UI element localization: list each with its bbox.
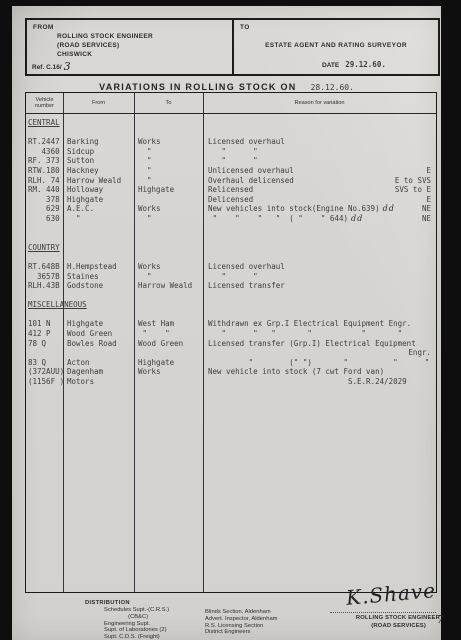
to-panel: TO ESTATE AGENT AND RATING SURVEYOR DATE… [234, 20, 438, 74]
date-label: DATE [322, 62, 339, 69]
table-row: RTW.180Hackney "Unlicensed overhaulE [26, 166, 436, 176]
from-cell: A.E.C. [63, 204, 134, 214]
table-row: 412 PWood Green " " " " " " " " [26, 329, 436, 339]
to-cell: " [134, 147, 203, 157]
from-cell: Staines [63, 272, 134, 282]
from-cell: Sidcup [63, 147, 134, 157]
from-cell: Harrow Weald [63, 176, 134, 186]
from-cell: Acton [63, 358, 134, 368]
ref-line: Ref. C.16/3 [32, 59, 71, 72]
reason-cell: RelicensedSVS to E [203, 185, 436, 195]
vehicle-number-cell [26, 348, 63, 358]
to-cell: Highgate [134, 185, 203, 195]
to-cell: Works [134, 137, 203, 147]
section-label: CENTRAL [28, 118, 60, 127]
from-cell: Barking [63, 137, 134, 147]
table-row: 4360Sidcup " " " [26, 147, 436, 157]
handwritten-check-mark: dd [383, 204, 395, 213]
section-label: MISCELLANEOUS [28, 300, 87, 309]
vehicle-number-cell: (372AUU) [26, 367, 63, 377]
reason-cell: Licensed overhaul [203, 262, 436, 272]
to-cell: " [134, 176, 203, 186]
to-value: ESTATE AGENT AND RATING SURVEYOR [234, 42, 438, 49]
table-row: RM. 440HollowayHighgateRelicensedSVS to … [26, 185, 436, 195]
signed-subtitle: (ROAD SERVICES) [371, 623, 426, 629]
variations-table: Vehicle number From To Reason for variat… [25, 92, 437, 593]
header-box: FROM ROLLING STOCK ENGINEER (ROAD SERVIC… [25, 18, 440, 76]
distribution-item: (CB&C) [104, 614, 169, 621]
to-cell: Highgate [134, 358, 203, 368]
distribution-item: Advert. Inspector, Aldenham [205, 616, 278, 623]
vehicle-number-cell: RF. 373 [26, 156, 63, 166]
from-line-3: CHISWICK [57, 50, 153, 59]
paper-sheet: FROM ROLLING STOCK ENGINEER (ROAD SERVIC… [12, 6, 441, 640]
date-value: 29.12.60. [345, 60, 386, 69]
distribution-item: Supt. C.D.S. (Freight) [104, 634, 169, 640]
reason-cell: Licensed overhaul [203, 137, 436, 147]
vehicle-number-cell: (1156F ) [26, 377, 63, 387]
vehicle-number-cell: 101 N [26, 319, 63, 329]
table-row: RLH.43BGodstoneHarrow WealdLicensed tran… [26, 281, 436, 291]
table-body: CENTRALRT.2447BarkingWorksLicensed overh… [26, 114, 436, 592]
vehicle-number-cell: 629 [26, 204, 63, 214]
signed-title: ROLLING STOCK ENGINEER [356, 615, 440, 621]
vehicle-number-cell: RLH. 74 [26, 176, 63, 186]
reason-cell: " " " " " " [203, 329, 436, 339]
from-cell [63, 348, 134, 358]
table-header: Vehicle number From To Reason for variat… [26, 93, 436, 114]
to-cell: Harrow Weald [134, 281, 203, 291]
section-label: COUNTRY [28, 243, 60, 252]
signature-block: K.Shave 7 ROLLING STOCK ENGINEER (ROAD S… [330, 584, 440, 640]
to-label: TO [240, 24, 250, 31]
from-line-1: ROLLING STOCK ENGINEER [57, 32, 153, 41]
signature-line [330, 612, 436, 613]
reason-cell: Withdrawn ex Grp.I Electrical Equipment … [203, 319, 436, 329]
vehicle-number-cell: 378 [26, 195, 63, 205]
section-row: CENTRAL [26, 118, 436, 128]
table-row: (372AUU)DagenhamWorksNew vehicle into st… [26, 367, 436, 377]
reason-cell: " " [203, 156, 436, 166]
to-cell: " [134, 272, 203, 282]
table-row: 83 QActonHighgate " (" ") " " " [26, 358, 436, 368]
table-row: 629A.E.C.WorksNew vehicles into stock(En… [26, 204, 436, 214]
distribution-item: Engineering Supt. [104, 621, 169, 628]
section-row: COUNTRY [26, 243, 436, 253]
distribution-item: District Engineers [205, 629, 278, 636]
vehicle-number-cell: 4360 [26, 147, 63, 157]
reason-cell: Licensed transfer (Grp.I) Electrical Equ… [203, 339, 436, 349]
section-row: MISCELLANEOUS [26, 300, 436, 310]
distribution-label: DISTRIBUTION [85, 600, 130, 606]
blank-row [26, 233, 436, 243]
to-cell: Wood Green [134, 339, 203, 349]
column-header-to: To [134, 100, 203, 106]
status-code: E to SVS [395, 176, 431, 186]
table-row: Engr. [26, 348, 436, 358]
reason-cell: " " [203, 147, 436, 157]
table-row: RF. 373Sutton " " " [26, 156, 436, 166]
reason-cell: New vehicle into stock (7 cwt Ford van) [203, 367, 436, 377]
to-cell: Works [134, 367, 203, 377]
from-address: ROLLING STOCK ENGINEER (ROAD SERVICES) C… [57, 32, 153, 59]
to-cell: " " [134, 329, 203, 339]
vehicle-number-cell: 83 Q [26, 358, 63, 368]
reason-cell: " (" ") " " " [203, 358, 436, 368]
from-cell: Hackney [63, 166, 134, 176]
distribution-item: R.S. Licensing Section [205, 623, 278, 630]
to-cell: " [134, 214, 203, 224]
scanned-document: FROM ROLLING STOCK ENGINEER (ROAD SERVIC… [0, 0, 461, 640]
status-code: NE [422, 214, 431, 224]
from-line-2: (ROAD SERVICES) [57, 41, 153, 50]
distribution-item: Blinds Section, Aldenham [205, 609, 278, 616]
status-code: E [426, 166, 431, 176]
table-row: 3657BStaines " " " [26, 272, 436, 282]
table-row: 101 NHighgateWest HamWithdrawn ex Grp.I … [26, 319, 436, 329]
table-row: RT.648BH.HempsteadWorksLicensed overhaul [26, 262, 436, 272]
blank-row [26, 291, 436, 301]
from-cell: " [63, 214, 134, 224]
column-header-vehicle: Vehicle number [26, 97, 63, 110]
to-cell: Works [134, 262, 203, 272]
status-code: SVS to E [395, 185, 431, 195]
to-cell [134, 195, 203, 205]
vehicle-number-cell: RLH.43B [26, 281, 63, 291]
vehicle-number-cell: RTW.180 [26, 166, 63, 176]
reason-cell: Engr. [203, 348, 436, 358]
distribution-middle-list: Blinds Section, AldenhamAdvert. Inspecto… [205, 609, 278, 636]
from-panel: FROM ROLLING STOCK ENGINEER (ROAD SERVIC… [27, 20, 234, 74]
vehicle-number-cell: 630 [26, 214, 63, 224]
column-header-reason: Reason for variation [203, 100, 436, 106]
distribution-item: Supt. of Laboratories (2) [104, 627, 169, 634]
distribution-left-list: Schedules Supt.-(C.R.S.) (CB&C)Engineeri… [104, 607, 169, 640]
status-code: NE [422, 204, 431, 214]
reason-cell: New vehicles into stock(Engine No.639)dd… [203, 204, 436, 214]
blank-row [26, 252, 436, 262]
reason-cell: DelicensedE [203, 195, 436, 205]
from-cell: H.Hempstead [63, 262, 134, 272]
from-label: FROM [33, 24, 54, 31]
to-cell: West Ham [134, 319, 203, 329]
to-cell: " [134, 166, 203, 176]
from-cell: Bowles Road [63, 339, 134, 349]
distribution-item: Schedules Supt.-(C.R.S.) [104, 607, 169, 614]
table-row: RLH. 74Harrow Weald "Overhaul delicensed… [26, 176, 436, 186]
table-row: RT.2447BarkingWorksLicensed overhaul [26, 137, 436, 147]
reason-cell: Overhaul delicensedE to SVS [203, 176, 436, 186]
reason-cell: " " [203, 272, 436, 282]
from-cell: Highgate [63, 195, 134, 205]
vehicle-number-cell: RT.2447 [26, 137, 63, 147]
table-row: 630 " " " " " " ( " " 644)ddNE [26, 214, 436, 224]
from-cell: Dagenham [63, 367, 134, 377]
status-code: Engr. [408, 348, 431, 358]
blank-row [26, 224, 436, 234]
handwritten-check-mark: dd [351, 214, 363, 223]
to-cell: Works [134, 204, 203, 214]
reason-cell: Unlicensed overhaulE [203, 166, 436, 176]
from-cell: Wood Green [63, 329, 134, 339]
reason-cell: Licensed transfer [203, 281, 436, 291]
ref-value-handwritten: 3 [64, 60, 71, 73]
vehicle-number-cell: 412 P [26, 329, 63, 339]
table-row: 378HighgateDelicensedE [26, 195, 436, 205]
to-cell [134, 348, 203, 358]
ref-label: Ref. C.16/ [32, 64, 62, 71]
from-cell: Holloway [63, 185, 134, 195]
from-cell: Godstone [63, 281, 134, 291]
vehicle-number-cell: RM. 440 [26, 185, 63, 195]
table-row: (1156F )Motors S.E.R.24/2029 [26, 377, 436, 387]
blank-row [26, 128, 436, 138]
column-header-from: From [63, 100, 134, 106]
vehicle-number-cell: 78 Q [26, 339, 63, 349]
from-cell: Highgate [63, 319, 134, 329]
date-line: DATE29.12.60. [322, 60, 386, 70]
status-code: E [426, 195, 431, 205]
reason-cell: " " " " ( " " 644)ddNE [203, 214, 436, 224]
table-row: 78 QBowles RoadWood GreenLicensed transf… [26, 339, 436, 349]
blank-row [26, 310, 436, 320]
reason-cell: S.E.R.24/2029 [203, 377, 436, 387]
to-cell [134, 377, 203, 387]
document-title-row: VARIATIONS IN ROLLING STOCK ON 28.12.60. [12, 82, 441, 93]
from-cell: Sutton [63, 156, 134, 166]
vehicle-number-cell: 3657B [26, 272, 63, 282]
from-cell: Motors [63, 377, 134, 387]
document-title: VARIATIONS IN ROLLING STOCK ON [99, 82, 297, 92]
to-cell: " [134, 156, 203, 166]
vehicle-number-cell: RT.648B [26, 262, 63, 272]
